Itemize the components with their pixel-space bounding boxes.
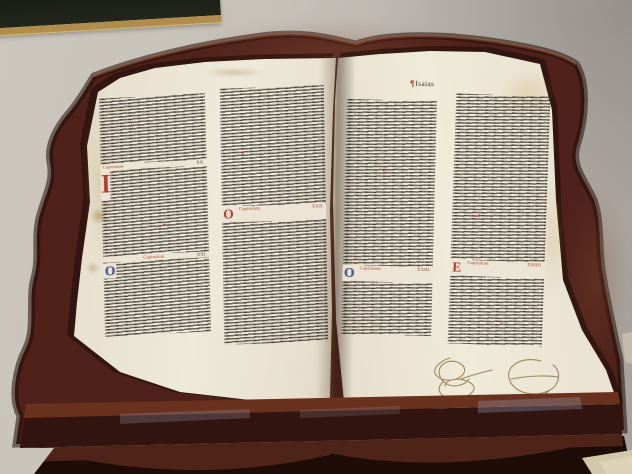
wall-sliver-right <box>622 332 632 364</box>
bookstand-ledge <box>0 0 632 474</box>
photo-scene: ¶ Isaias ¶ ¶ Capitulum XX. I Capitulum X… <box>0 0 632 474</box>
